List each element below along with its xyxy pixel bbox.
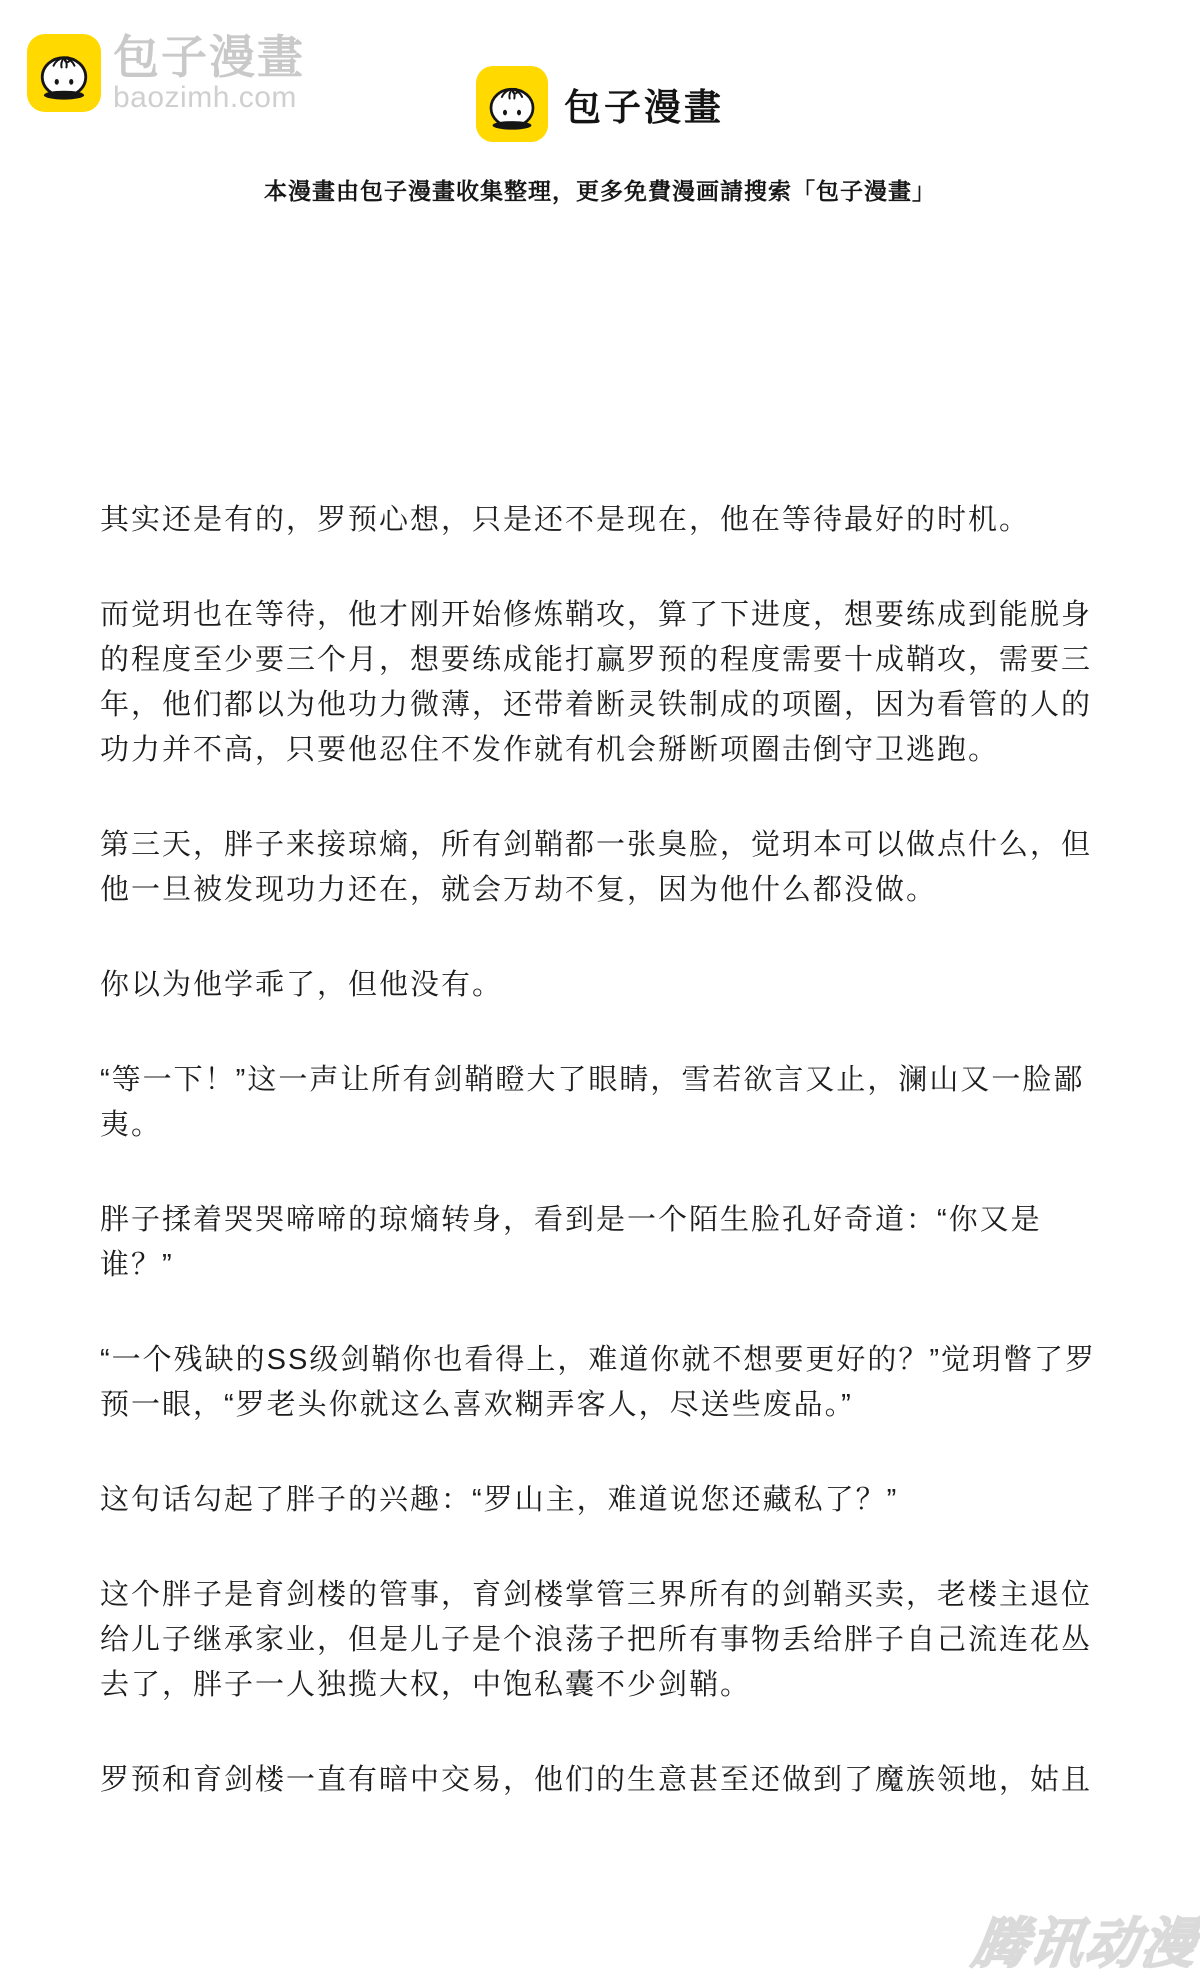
paragraph: 其实还是有的，罗预心想，只是还不是现在，他在等待最好的时机。 xyxy=(100,498,1108,543)
tencent-comics-watermark: 腾讯动漫 xyxy=(969,1901,1200,1978)
paragraph: 你以为他学乖了，但他没有。 xyxy=(100,963,1108,1008)
collection-notice: 本漫畫由包子漫畫收集整理，更多免費漫画請搜索「包子漫畫」 xyxy=(0,173,1200,206)
center-brand: 包子漫畫 xyxy=(0,66,1200,142)
paragraph: “等一下！”这一声让所有剑鞘瞪大了眼睛，雪若欲言又止，澜山又一脸鄙夷。 xyxy=(100,1058,1108,1148)
bun-mascot-icon xyxy=(484,75,540,133)
chapter-text-content: 其实还是有的，罗预心想，只是还不是现在，他在等待最好的时机。 而觉玥也在等待，他… xyxy=(100,498,1108,1853)
manhua-text-page: { "page": { "corner": { "name": "包子漫畫", … xyxy=(0,0,1200,1980)
paragraph: 胖子揉着哭哭啼啼的琼熵转身，看到是一个陌生脸孔好奇道：“你又是谁？” xyxy=(100,1198,1108,1288)
paragraph: 第三天，胖子来接琼熵，所有剑鞘都一张臭脸，觉玥本可以做点什么，但他一旦被发现功力… xyxy=(100,823,1108,913)
paragraph: “一个残缺的SS级剑鞘你也看得上，难道你就不想要更好的？”觉玥瞥了罗预一眼，“罗… xyxy=(100,1338,1108,1428)
paragraph: 而觉玥也在等待，他才刚开始修炼鞘攻，算了下进度，想要练成到能脱身的程度至少要三个… xyxy=(100,593,1108,773)
paragraph: 罗预和育剑楼一直有暗中交易，他们的生意甚至还做到了魔族领地，姑且 xyxy=(100,1758,1108,1803)
center-brand-name: 包子漫畫 xyxy=(564,77,724,131)
baozi-logo-icon xyxy=(476,66,548,142)
paragraph: 这句话勾起了胖子的兴趣：“罗山主，难道说您还藏私了？” xyxy=(100,1478,1108,1523)
paragraph: 这个胖子是育剑楼的管事，育剑楼掌管三界所有的剑鞘买卖，老楼主退位给儿子继承家业，… xyxy=(100,1573,1108,1708)
